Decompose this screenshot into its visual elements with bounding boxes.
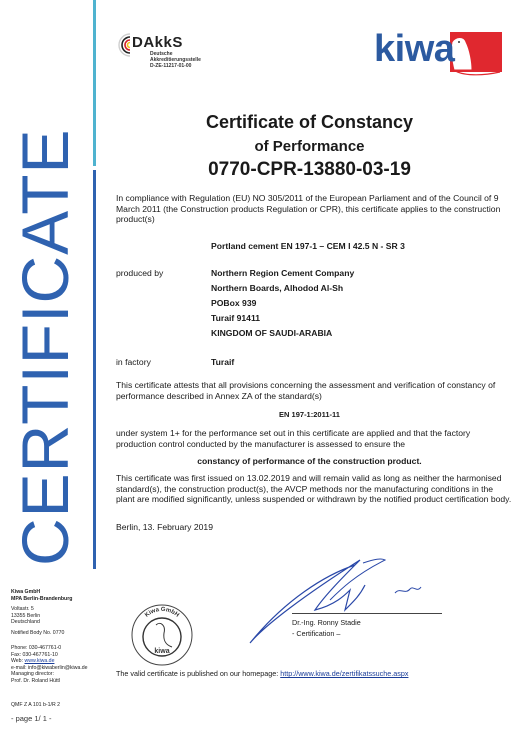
sidebar-web-label: Web: (11, 658, 23, 664)
sidebar-phone: Phone: 030-467761-0 (11, 645, 88, 652)
kiwa-logo: kiwa (372, 32, 502, 76)
sidebar-form-code: QMF Z A 101 b-1/R 2 (11, 702, 60, 709)
sidebar-notified-body: Notified Body No. 0770 (11, 630, 64, 637)
sidebar-address-line: Deutschland (11, 619, 40, 626)
accent-line-teal (93, 0, 96, 166)
certificate-title: Certificate of Constancy (100, 112, 519, 133)
manufacturer-country: KINGDOM OF SAUDI-ARABIA (211, 328, 332, 338)
manufacturer-address-line: Northern Boards, Alhodod Al-Sh (211, 283, 343, 293)
manufacturer-name: Northern Region Cement Company (211, 268, 354, 278)
sidebar-company-name: Kiwa GmbH (11, 589, 40, 595)
page-indicator: - page 1/ 1 - (11, 714, 51, 723)
sidebar-contact: Phone: 030-467761-0 Fax: 030-467761-10 W… (11, 645, 88, 685)
manufacturer-address-line: POBox 939 (211, 298, 256, 308)
sidebar-web-link[interactable]: www.kiwa.de (24, 658, 54, 664)
system-paragraph: under system 1+ for the performance set … (116, 428, 512, 449)
sidebar-address-line: Voltastr. 5 (11, 606, 40, 613)
factory-value: Turaif (211, 357, 234, 367)
dakks-name: DAkkS (132, 34, 183, 51)
stamp-bottom-text: kiwa (154, 648, 169, 655)
constancy-statement: constancy of performance of the construc… (100, 456, 519, 466)
svg-text:Kiwa GmbH: Kiwa GmbH (144, 607, 180, 619)
sidebar-company: Kiwa GmbH MPA Berlin-Brandenburg (11, 589, 72, 602)
vertical-certificate-heading: CERTIFICATE (12, 128, 78, 566)
intro-paragraph: In compliance with Regulation (EU) NO 30… (116, 193, 512, 225)
standard-reference: EN 197-1:2011-11 (100, 410, 519, 419)
stamp-top-text: Kiwa GmbH (144, 607, 180, 619)
dakks-subtitle: Deutsche Akkreditierungsstelle D-ZE-1121… (150, 51, 201, 69)
accent-line-blue (93, 170, 96, 569)
produced-by-label: produced by (116, 268, 163, 278)
homepage-note: The valid certificate is published on ou… (116, 669, 408, 678)
manufacturer-address-line: Turaif 91411 (211, 313, 260, 323)
kiwa-wordmark: kiwa (374, 28, 454, 71)
place-and-date: Berlin, 13. February 2019 (116, 522, 213, 532)
validity-paragraph: This certificate was first issued on 13.… (116, 473, 512, 505)
homepage-link[interactable]: http://www.kiwa.de/zertifikatssuche.aspx (280, 669, 408, 678)
sidebar-fax: Fax: 030-467761-10 (11, 652, 88, 659)
signature-line (292, 613, 442, 614)
factory-label: in factory (116, 357, 151, 367)
sidebar-managing-label: Managing director: (11, 671, 88, 678)
sidebar-web: Web: www.kiwa.de (11, 658, 88, 665)
signer-name: Dr.-Ing. Ronny Stadie (292, 618, 361, 627)
dakks-accreditation-number: D-ZE-11217-01-00 (150, 63, 201, 69)
signer-role: - Certification – (292, 629, 340, 638)
dakks-logo: DAkkS Deutsche Akkreditierungsstelle D-Z… (118, 30, 238, 70)
sidebar-managing-name: Prof. Dr. Roland Hüttl (11, 678, 88, 685)
signature-icon (245, 555, 445, 645)
homepage-text: The valid certificate is published on ou… (116, 669, 278, 678)
kiwa-stamp-icon: Kiwa GmbH kiwa (130, 603, 194, 667)
certificate-number: 0770-CPR-13880-03-19 (100, 159, 519, 181)
attests-paragraph: This certificate attests that all provis… (116, 380, 512, 401)
sidebar-email: e-mail: info@kiwaberlin@kiwa.de (11, 665, 88, 672)
product-name: Portland cement EN 197-1 – CEM I 42.5 N … (211, 241, 405, 251)
sidebar-division: MPA Berlin-Brandenburg (11, 596, 72, 602)
sidebar-address: Voltastr. 5 13355 Berlin Deutschland (11, 606, 40, 626)
sidebar-address-line: 13355 Berlin (11, 613, 40, 620)
certificate-subtitle: of Performance (100, 138, 519, 155)
